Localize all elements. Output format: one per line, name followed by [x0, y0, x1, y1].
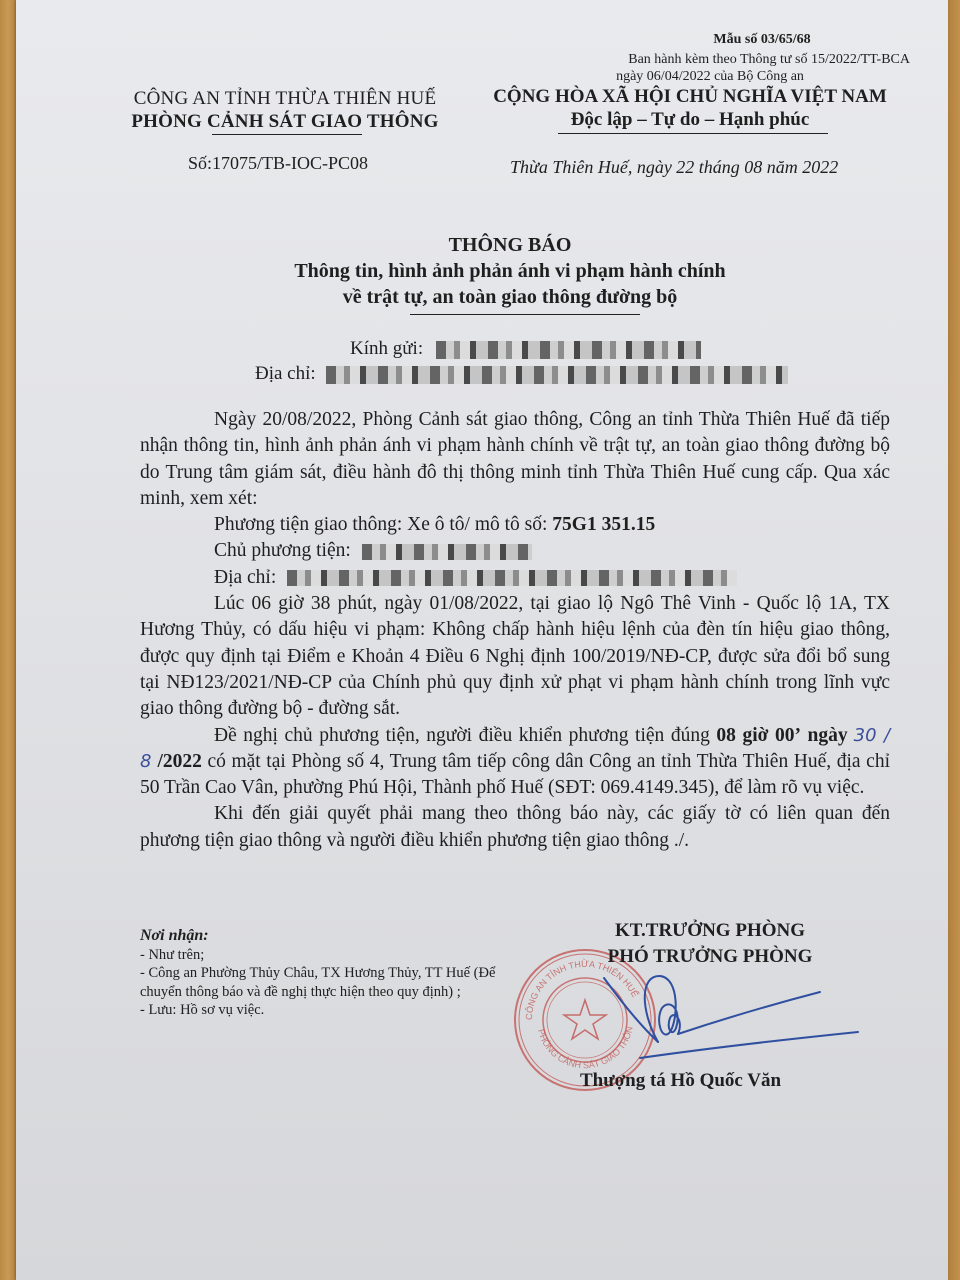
document-title: THÔNG BÁO Thông tin, hình ảnh phản ánh v…	[220, 232, 800, 310]
paragraph-violation: Lúc 06 giờ 38 phút, ngày 01/08/2022, tại…	[140, 591, 890, 722]
agency-underline	[212, 134, 362, 135]
redacted-recipient-address	[326, 366, 788, 384]
issuing-agency: CÔNG AN TỈNH THỪA THIÊN HUẾ PHÒNG CẢNH S…	[100, 88, 470, 133]
distribution-list: Nơi nhận: - Như trên; - Công an Phường T…	[140, 927, 500, 1020]
notice-body: Ngày 20/08/2022, Phòng Cảnh sát giao thô…	[140, 407, 890, 854]
form-number: Mẫu số 03/65/68	[652, 32, 872, 48]
summons-day-label: ngày	[808, 725, 848, 746]
place-date: Thừa Thiên Huế, ngày 22 tháng 08 năm 202…	[510, 157, 838, 178]
summons-year: /2022	[157, 751, 201, 772]
redacted-owner	[362, 544, 532, 560]
license-plate: 75G1 351.15	[552, 514, 655, 535]
nation-name: CỘNG HÒA XÃ HỘI CHỦ NGHĨA VIỆT NAM	[493, 86, 887, 107]
paragraph-documents: Khi đến giải quyết phải mang theo thông …	[140, 801, 890, 854]
owner-address-label: Địa chỉ:	[214, 567, 276, 588]
distribution-item: - Công an Phường Thủy Châu, TX Hương Thủ…	[140, 964, 500, 1001]
distribution-title: Nơi nhận:	[140, 927, 500, 946]
signer-name: Thượng tá Hồ Quốc Văn	[580, 1070, 781, 1092]
handwritten-signature-icon	[600, 970, 860, 1070]
signer-position: PHÓ TRƯỞNG PHÒNG	[560, 944, 860, 970]
title-sub-2: về trật tự, an toàn giao thông đường bộ	[220, 284, 800, 310]
summons-location: có mặt tại Phòng số 4, Trung tâm tiếp cô…	[140, 751, 890, 798]
redacted-owner-address	[287, 570, 737, 586]
vehicle-label: Phương tiện giao thông: Xe ô tô/ mô tô s…	[214, 514, 552, 535]
form-note-circular: Ban hành kèm theo Thông tư số 15/2022/TT…	[480, 52, 940, 68]
signer-authority: KT.TRƯỞNG PHÒNG	[560, 918, 860, 944]
form-note-date: ngày 06/04/2022 của Bộ Công an	[520, 69, 880, 85]
recipient-address-label: Địa chỉ:	[255, 363, 316, 384]
redacted-recipient	[436, 341, 701, 359]
signature-block-title: KT.TRƯỞNG PHÒNG PHÓ TRƯỞNG PHÒNG	[560, 918, 860, 970]
paragraph-intake: Ngày 20/08/2022, Phòng Cảnh sát giao thô…	[140, 407, 890, 512]
document-number: Số:17075/TB-IOC-PC08	[188, 153, 368, 174]
motto-underline	[558, 133, 828, 134]
title-underline	[410, 314, 640, 315]
vehicle-line: Phương tiện giao thông: Xe ô tô/ mô tô s…	[140, 512, 890, 538]
summons-text: Đề nghị chủ phương tiện, người điều khiể…	[214, 725, 716, 746]
title-sub-1: Thông tin, hình ảnh phản ánh vi phạm hàn…	[220, 258, 800, 284]
owner-label: Chủ phương tiện:	[214, 540, 351, 561]
title-main: THÔNG BÁO	[220, 232, 800, 258]
national-motto: CỘNG HÒA XÃ HỘI CHỦ NGHĨA VIỆT NAM Độc l…	[470, 86, 910, 131]
agency-parent: CÔNG AN TỈNH THỪA THIÊN HUẾ	[134, 88, 437, 109]
summons-time: 08 giờ 00’	[716, 725, 801, 746]
distribution-item: - Lưu: Hồ sơ vụ việc.	[140, 1001, 500, 1020]
owner-line: Chủ phương tiện:	[140, 538, 890, 564]
agency-department: PHÒNG CẢNH SÁT GIAO THÔNG	[100, 111, 470, 133]
recipient-address-line: Địa chỉ:	[255, 363, 788, 385]
recipient-label: Kính gửi:	[350, 338, 423, 359]
owner-address-line: Địa chỉ:	[140, 565, 890, 591]
distribution-item: - Như trên;	[140, 946, 500, 965]
recipient-line: Kính gửi:	[350, 338, 701, 360]
motto: Độc lập – Tự do – Hạnh phúc	[470, 109, 910, 131]
paragraph-summons: Đề nghị chủ phương tiện, người điều khiể…	[140, 723, 890, 802]
